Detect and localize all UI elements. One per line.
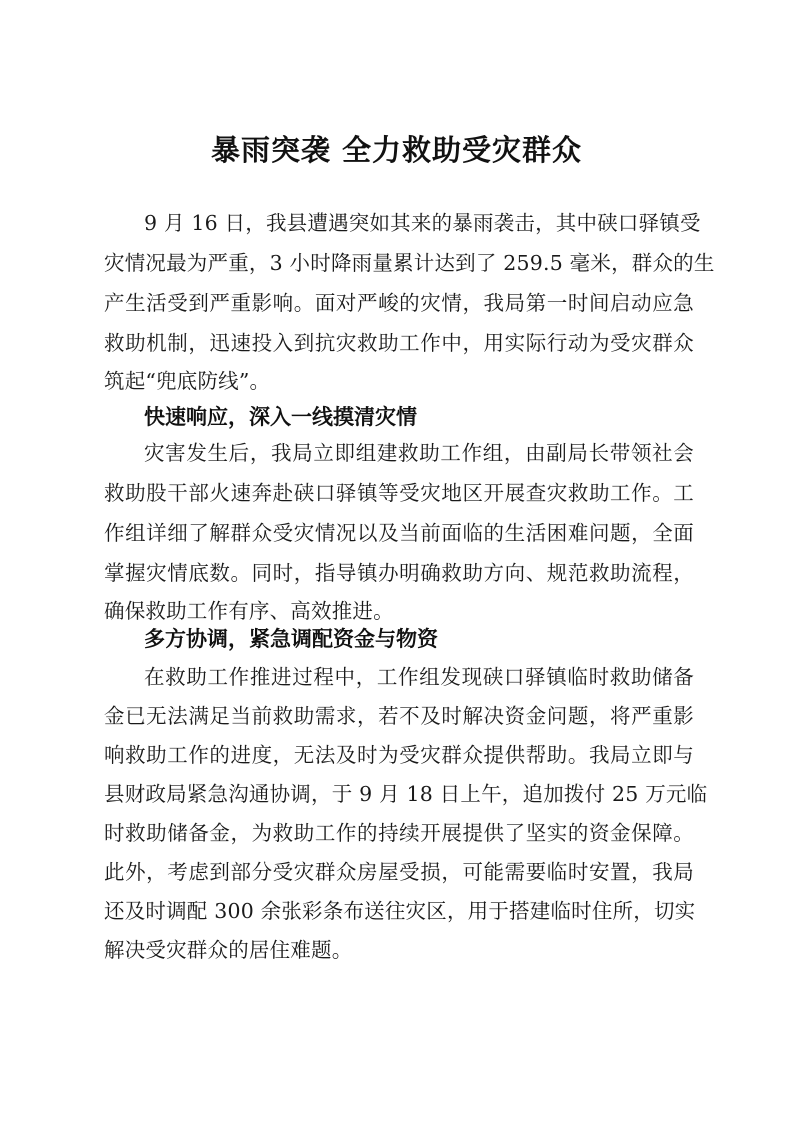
- section1-line-4: 掌握灾情底数。同时，指导镇办明确救助方向、规范救助流程，: [104, 558, 694, 588]
- section1-line-2: 救助股干部火速奔赴硖口驿镇等受灾地区开展查灾救助工作。工: [104, 478, 694, 508]
- section1-line-5: 确保救助工作有序、高效推进。: [104, 596, 694, 626]
- document-title: 暴雨突袭 全力救助受灾群众: [0, 128, 793, 169]
- intro-line-3: 产生活受到严重影响。面对严峻的灾情，我局第一时间启动应急: [104, 288, 694, 318]
- section-heading-coordination: 多方协调，紧急调配资金与物资: [144, 624, 438, 654]
- section2-line-1: 在救助工作推进过程中，工作组发现硖口驿镇临时救助储备: [144, 662, 694, 692]
- section2-line-6: 此外，考虑到部分受灾群众房屋受损，可能需要临时安置，我局: [104, 857, 694, 887]
- section2-line-2: 金已无法满足当前救助需求，若不及时解决资金问题，将严重影: [104, 701, 694, 731]
- section2-line-5: 时救助储备金，为救助工作的持续开展提供了坚实的资金保障。: [104, 818, 694, 848]
- intro-line-2: 灾情况最为严重，3 小时降雨量累计达到了 259.5 毫米，群众的生: [104, 248, 694, 278]
- section1-line-3: 作组详细了解群众受灾情况以及当前面临的生活困难问题，全面: [104, 518, 694, 548]
- section2-line-4: 县财政局紧急沟通协调，于 9 月 18 日上午，追加拨付 25 万元临: [104, 779, 694, 809]
- section2-line-3: 响救助工作的进度，无法及时为受灾群众提供帮助。我局立即与: [104, 740, 694, 770]
- section1-line-1: 灾害发生后，我局立即组建救助工作组，由副局长带领社会: [144, 438, 694, 468]
- section-heading-rapid-response: 快速响应，深入一线摸清灾情: [144, 402, 417, 432]
- intro-line-1: 9 月 16 日，我县遭遇突如其来的暴雨袭击，其中硖口驿镇受: [144, 208, 694, 238]
- intro-line-5: 筑起“兜底防线”。: [104, 366, 694, 396]
- document-page: 暴雨突袭 全力救助受灾群众 9 月 16 日，我县遭遇突如其来的暴雨袭击，其中硖…: [0, 0, 793, 1122]
- section2-line-7: 还及时调配 300 余张彩条布送往灾区，用于搭建临时住所，切实: [104, 896, 694, 926]
- intro-line-4: 救助机制，迅速投入到抗灾救助工作中，用实际行动为受灾群众: [104, 328, 694, 358]
- section2-line-8: 解决受灾群众的居住难题。: [104, 935, 694, 965]
